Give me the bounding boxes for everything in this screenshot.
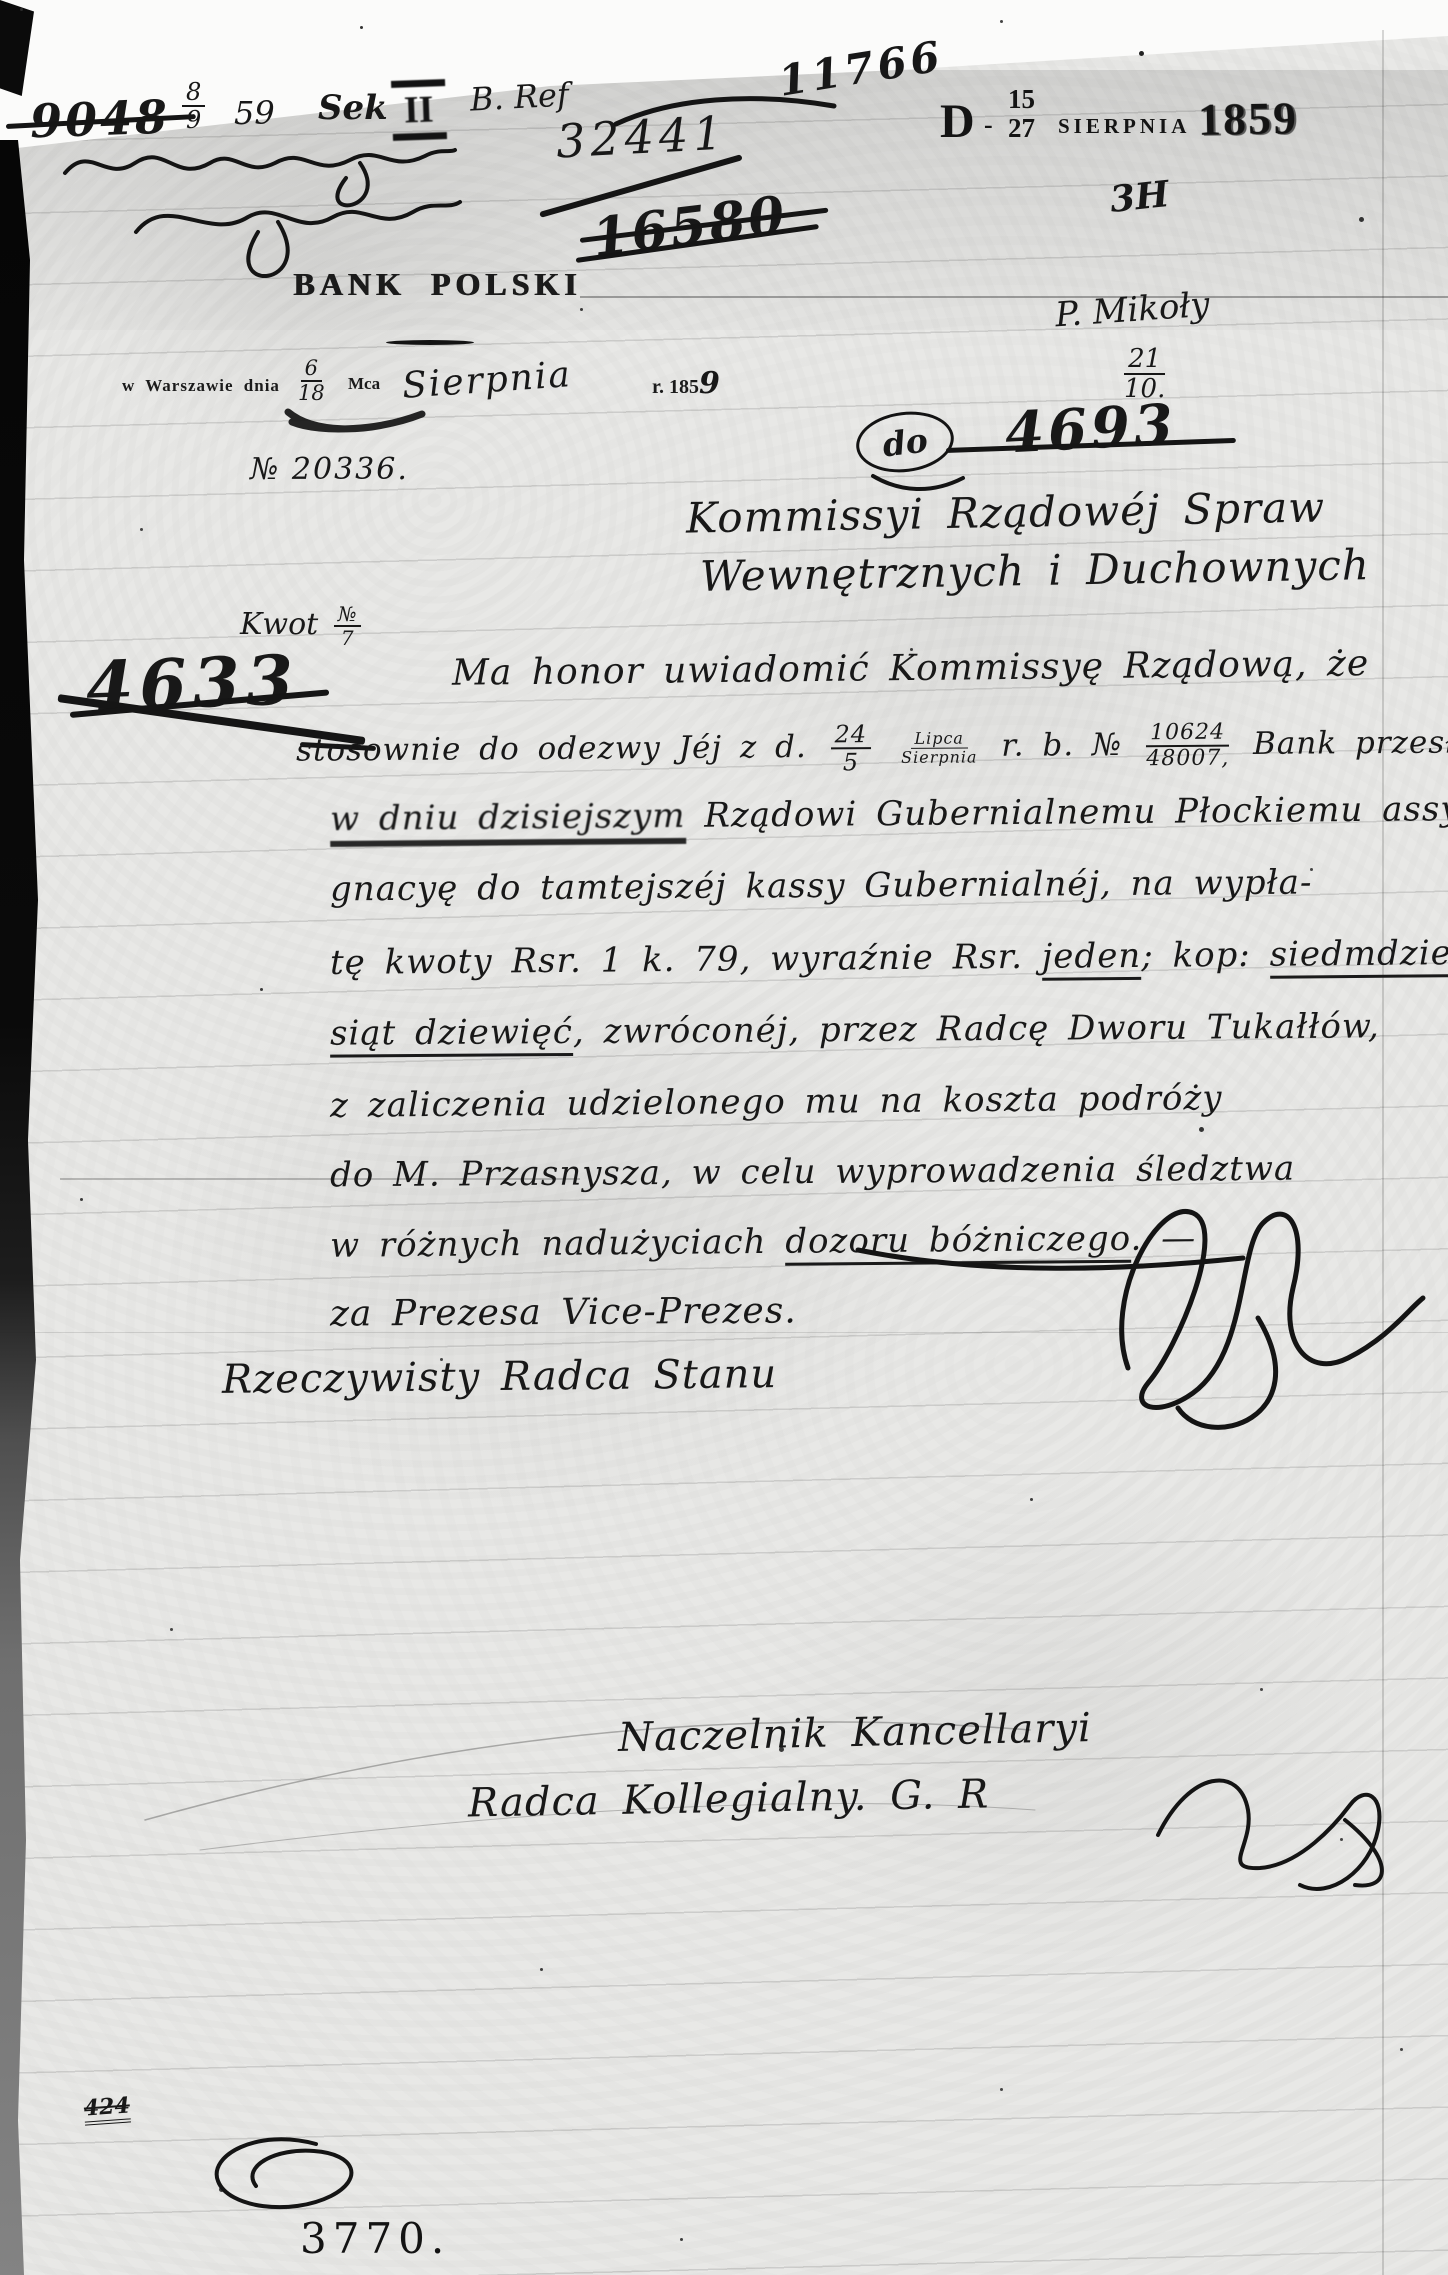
footer-crossed-mark: 424 [83,2092,131,2125]
sek-numeral-text: II [403,88,434,131]
odezwa-ref-bottom: 48007, [1146,747,1229,771]
margin-kwot-fraction: № 7 [334,604,361,648]
date-stamp-month-text: SIERPNIA [1058,114,1190,138]
date-stamp-day-old: 27 [1008,114,1035,142]
body-line-2: stosownie do odezwy Jéj z d. 24 5 Lipca … [296,718,1448,778]
margin-kwot-frac-bottom: 7 [341,627,354,648]
footer-crossed-mark-text: 424 [83,2092,131,2121]
scan-line-strong-top [580,296,1448,298]
bref-label: B. Ref [469,75,570,118]
odezwa-month-old: Sierpnia [901,748,978,766]
title-divider [386,340,474,345]
body-line-1-text: Ma honor uwiadomić Kommissyę Rządową, że [452,643,1370,694]
forward-do-text: do [880,420,930,464]
footer-number: 3770. [300,2214,450,2263]
date-stamp-day-new: 15 [1004,86,1039,114]
date-stamp-day-fraction: 15 27 [1004,86,1039,142]
year-printed-part: r. 185 [652,376,699,398]
scan-speckles [20,8,23,11]
body-line-7-text: z zaliczenia udzielonego mu na koszta po… [330,1078,1223,1126]
body-line-3-text: Rządowi Gubernialnemu Płockiemu assy- [704,789,1448,836]
body-line-4: gnacyę do tamtejszéj kassy Gubernialnéj,… [330,863,1313,910]
body-line-5-text-c: ; kop: [1141,935,1251,976]
body-line-3-underlined: w dniu dzisiejszym [330,796,686,847]
book-spine-edge [0,140,52,2275]
odezwa-ref-top: 10624 [1146,722,1229,748]
date-stamp-year-text: 1859 [1198,92,1299,145]
body-line-10-text: za Prezesa Vice-Prezes. [330,1290,797,1334]
doc-number-text: № 20336. [250,452,409,487]
month-abbr-text: Mca [348,374,380,393]
footer-ink-doodle [196,2126,371,2221]
month-abbr: Mca [348,374,380,394]
date-stamp-letter: D [940,94,975,149]
filing-date-fraction: 8 9 [182,80,205,132]
margin-kwot-frac-top: № [334,604,361,627]
odezwa-months-fraction: Lipca Sierpnia [901,730,978,766]
body-line-7: z zaliczenia udzielonego mu na koszta po… [330,1078,1223,1126]
margin-kwot-label: Kwot [240,607,318,642]
body-line-6: siąt dziewięć, zwróconéj, przez Radcę Dw… [330,1006,1380,1053]
odezwa-month-new: Lipca [910,730,968,748]
crossed-number-4693-text: 4693 [1003,392,1178,467]
number-11766-flourish [612,86,842,136]
addressee-line-1: Kommissyi Rządowéj Spraw [686,482,1326,542]
odezwa-ref-number: 10624 48007, [1146,722,1229,771]
bank-polski-title-text: BANK POLSKI [293,266,581,302]
scan-ruled-lines [0,0,1448,2275]
body-line-6-underlined: siąt dziewięć [330,1012,573,1058]
body-line-3: w dniu dzisiejszym Rządowi Gubernialnemu… [330,789,1448,839]
place-prefix: w Warszawie dnia [122,376,280,396]
odezwa-date-fraction: 24 5 [830,722,871,774]
date-stamp-letter-text: D [940,95,975,148]
date-stamp-dash: - [984,110,993,140]
date-stamp-month: SIERPNIA [1058,114,1190,139]
crossed-number-4693: 4693 [1003,392,1178,467]
body-line-5-underlined-jeden: jeden [1042,936,1142,981]
year-handwritten-digit: 9 [699,366,720,401]
sek-label: Sek [318,88,388,128]
addressee-line-2-text: Wewnętrznych i Duchownych [700,540,1371,601]
addressee-line-1-text: Kommissyi Rządowéj Spraw [686,482,1326,542]
date-stamp-year: 1859 [1198,91,1299,146]
handwritten-scribble-2 [128,172,468,272]
body-line-2-text-b: r. b. № [1001,727,1122,764]
body-line-11-text: Rzeczywisty Radca Stanu [222,1351,778,1403]
page-right-edge-line [1382,30,1384,2275]
body-line-2-text-a: stosownie do odezwy Jéj z d. [296,729,807,769]
body-line-5-text-a: tę kwoty Rsr. 1 k. 79, wyraźnie Rsr. [330,937,1023,983]
doc-number: № 20336. [250,452,409,487]
bank-polski-title: BANK POLSKI [293,266,581,303]
document-scan-page: { "top": { "crossed_number": "9048", "da… [0,0,1448,2275]
place-prefix-text: w Warszawie dnia [122,376,280,395]
side-note-3h-text: 3H [1108,173,1171,221]
body-line-5: tę kwoty Rsr. 1 k. 79, wyraźnie Rsr. jed… [330,933,1448,983]
addressee-line-2: Wewnętrznych i Duchownych [700,540,1371,601]
year-printed: r. 1859 [652,366,720,401]
forward-do-circle: do [853,406,958,477]
body-line-5-underlined-siedmdzie: siedmdzie- [1269,933,1448,979]
filing-year-text: 59 [234,94,275,132]
date-stamp-dash-text: - [984,110,993,139]
filing-date-day: 8 [182,80,205,107]
body-line-2-text-c: Bank przesłał [1253,724,1448,762]
month-handwritten: Sierpnia [401,354,573,407]
odezwa-day-new: 24 [830,722,871,749]
body-line-4-text: gnacyę do tamtejszéj kassy Gubernialnéj,… [330,863,1313,910]
body-line-9-text-a: w różnych nadużyciach [330,1222,767,1266]
body-line-1: Ma honor uwiadomić Kommissyę Rządową, że [452,643,1370,694]
side-note-3h: 3H [1108,173,1171,221]
president-signature [1008,1158,1428,1458]
sek-label-text: Sek [318,88,388,128]
letter-day-new: 6 [301,358,322,382]
bref-label-text: B. Ref [469,75,570,118]
month-handwritten-text: Sierpnia [401,354,573,407]
body-line-10: za Prezesa Vice-Prezes. [330,1290,797,1334]
body-line-11: Rzeczywisty Radca Stanu [222,1351,778,1403]
footer-number-text: 3770. [300,2214,450,2263]
odezwa-day-old: 5 [843,749,859,774]
filing-year: 59 [234,94,275,132]
chancellery-signature-flourish [1150,1750,1400,1900]
right-note-frac-top: 21 [1124,346,1165,375]
body-line-6-text: , zwróconéj, przez Radcę Dworu Tukałłów, [573,1006,1380,1052]
faint-pencil-curve [140,1640,1040,1860]
